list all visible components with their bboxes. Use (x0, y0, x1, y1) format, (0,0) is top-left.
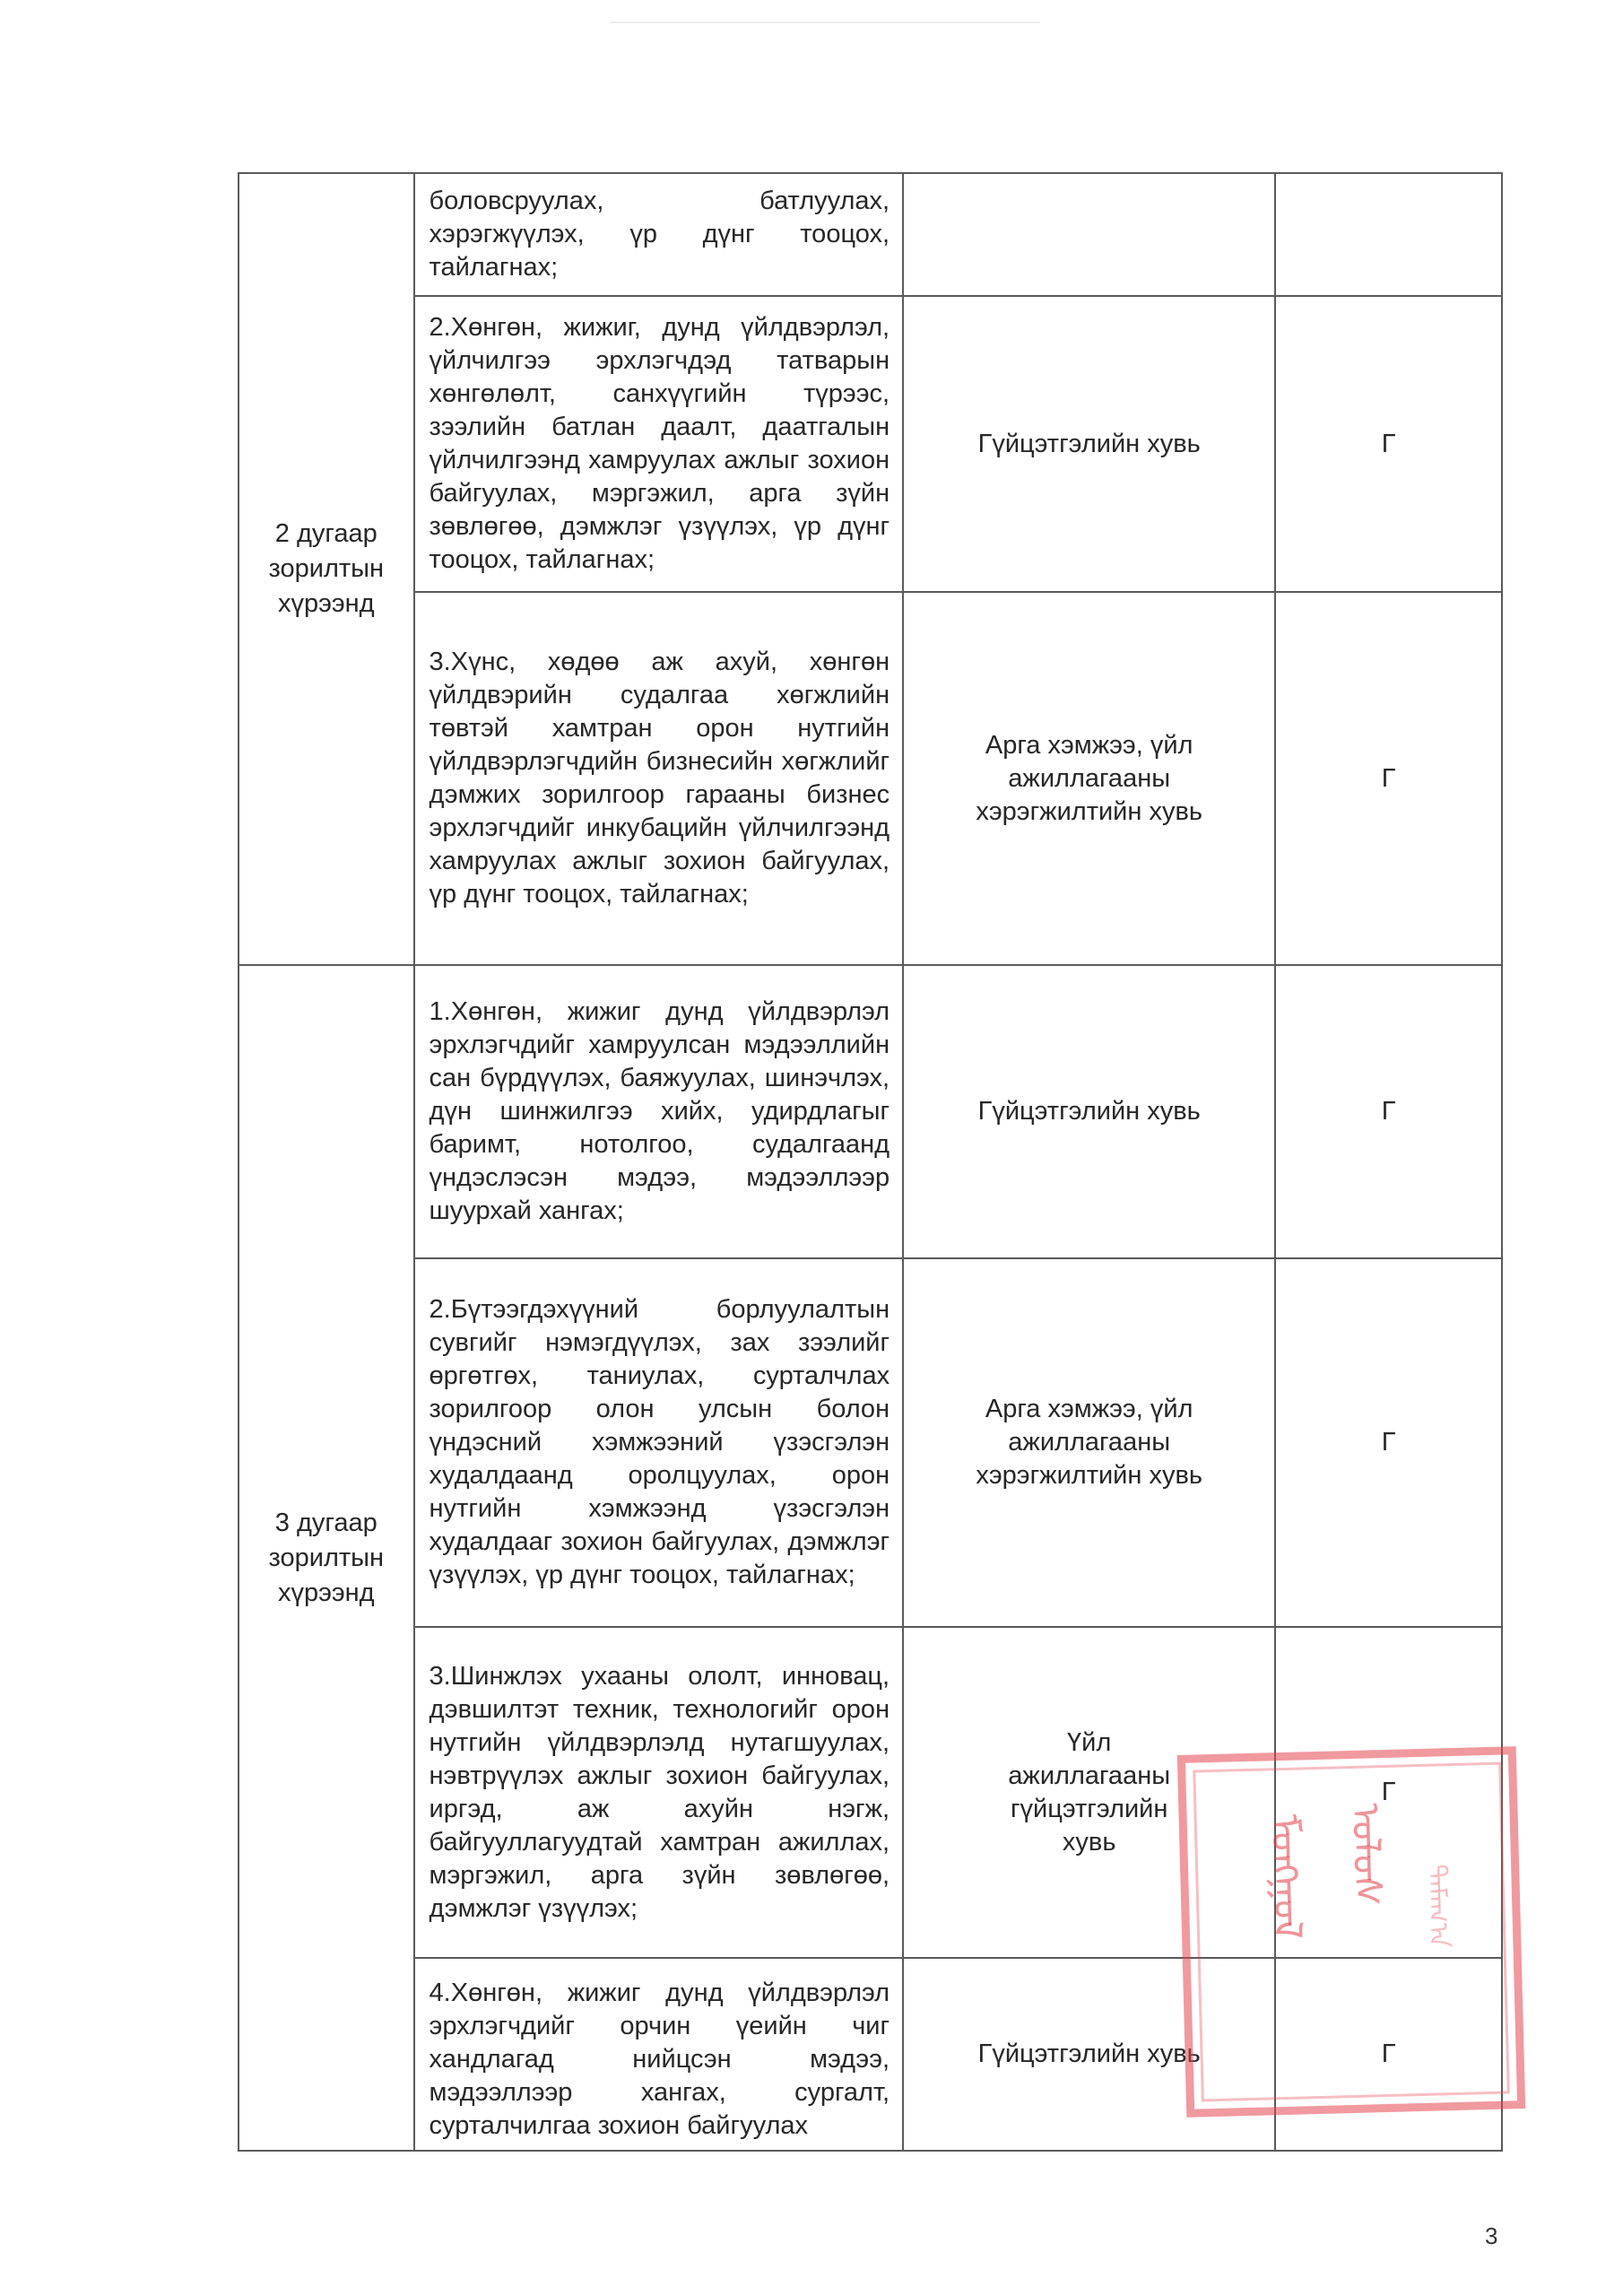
table-row: 3.Шинжлэх ухааны ололт, инновац, дэвшилт… (239, 1627, 1502, 1958)
task-text: 1.Хөнгөн, жижиг дунд үйлдвэрлэл эрхлэгчд… (415, 985, 903, 1239)
indicator-text: Гүйцэтгэлийн хувь (904, 428, 1274, 461)
grade-cell: Г (1275, 1627, 1502, 1958)
grade-cell: Г (1275, 592, 1502, 965)
evaluation-table: 2 дугаар зорилтын хүрээнд боловсруулах, … (238, 172, 1503, 2152)
page-number: 3 (1485, 2222, 1497, 2250)
task-cell: 3.Хүнс, хөдөө аж ахуй, хөнгөн үйлдвэрийн… (414, 592, 904, 965)
indicator-cell: Арга хэмжээ, үйл ажиллагааны хэрэгжилтий… (903, 1258, 1275, 1627)
table-row: 2.Хөнгөн, жижиг, дунд үйлдвэрлэл, үйлчил… (239, 296, 1502, 592)
grade-cell: Г (1275, 296, 1502, 592)
task-text: 2.Бүтээгдэхүүний борлуулалтын сувгийг нэ… (415, 1283, 903, 1603)
grade-cell: Г (1275, 1258, 1502, 1627)
task-cell: 4.Хөнгөн, жижиг дунд үйлдвэрлэл эрхлэгчд… (414, 1958, 904, 2151)
task-cell: 2.Хөнгөн, жижиг, дунд үйлдвэрлэл, үйлчил… (414, 296, 904, 592)
table-row: 3.Хүнс, хөдөө аж ахуй, хөнгөн үйлдвэрийн… (239, 592, 1502, 965)
task-cell: боловсруулах, батлуулах, хэрэгжүүлэх, үр… (414, 173, 904, 296)
goal-cell: 3 дугаар зорилтын хүрээнд (239, 965, 414, 2151)
indicator-cell: Гүйцэтгэлийн хувь (903, 1958, 1275, 2151)
indicator-cell: Гүйцэтгэлийн хувь (903, 296, 1275, 592)
indicator-text: Арга хэмжээ, үйл ажиллагааны хэрэгжилтий… (904, 1393, 1274, 1492)
indicator-text: Гүйцэтгэлийн хувь (904, 2038, 1274, 2071)
indicator-text: Гүйцэтгэлийн хувь (904, 1095, 1274, 1128)
table-row: 2.Бүтээгдэхүүний борлуулалтын сувгийг нэ… (239, 1258, 1502, 1627)
task-text: боловсруулах, батлуулах, хэрэгжүүлэх, үр… (415, 174, 903, 295)
indicator-cell: Үйл ажиллагааны гүйцэтгэлийн хувь (903, 1627, 1275, 1958)
indicator-cell (903, 173, 1275, 296)
grade-cell: Г (1275, 1958, 1502, 2151)
indicator-cell: Гүйцэтгэлийн хувь (903, 965, 1275, 1258)
grade-cell: Г (1275, 965, 1502, 1258)
table-row: 3 дугаар зорилтын хүрээнд 1.Хөнгөн, жижи… (239, 965, 1502, 1258)
task-text: 4.Хөнгөн, жижиг дунд үйлдвэрлэл эрхлэгчд… (415, 1964, 903, 2144)
table-row: 2 дугаар зорилтын хүрээнд боловсруулах, … (239, 173, 1502, 296)
task-text: 3.Хүнс, хөдөө аж ахуй, хөнгөн үйлдвэрийн… (415, 635, 903, 922)
task-cell: 3.Шинжлэх ухааны ололт, инновац, дэвшилт… (414, 1627, 904, 1958)
table-row: 4.Хөнгөн, жижиг дунд үйлдвэрлэл эрхлэгчд… (239, 1958, 1502, 2151)
indicator-text: Арга хэмжээ, үйл ажиллагааны хэрэгжилтий… (904, 729, 1274, 829)
task-text: 3.Шинжлэх ухааны ололт, инновац, дэвшилт… (415, 1649, 903, 1936)
goal-label: 2 дугаар зорилтын хүрээнд (239, 517, 413, 622)
task-cell: 1.Хөнгөн, жижиг дунд үйлдвэрлэл эрхлэгчд… (414, 965, 904, 1258)
task-cell: 2.Бүтээгдэхүүний борлуулалтын сувгийг нэ… (414, 1258, 904, 1627)
goal-label: 3 дугаар зорилтын хүрээнд (239, 1506, 413, 1611)
goal-cell: 2 дугаар зорилтын хүрээнд (239, 173, 414, 965)
grade-cell (1275, 173, 1502, 296)
indicator-text: Үйл ажиллагааны гүйцэтгэлийн хувь (904, 1726, 1274, 1859)
scan-artifact-line (610, 22, 1040, 23)
task-text: 2.Хөнгөн, жижиг, дунд үйлдвэрлэл, үйлчил… (415, 300, 903, 587)
indicator-cell: Арга хэмжээ, үйл ажиллагааны хэрэгжилтий… (903, 592, 1275, 965)
